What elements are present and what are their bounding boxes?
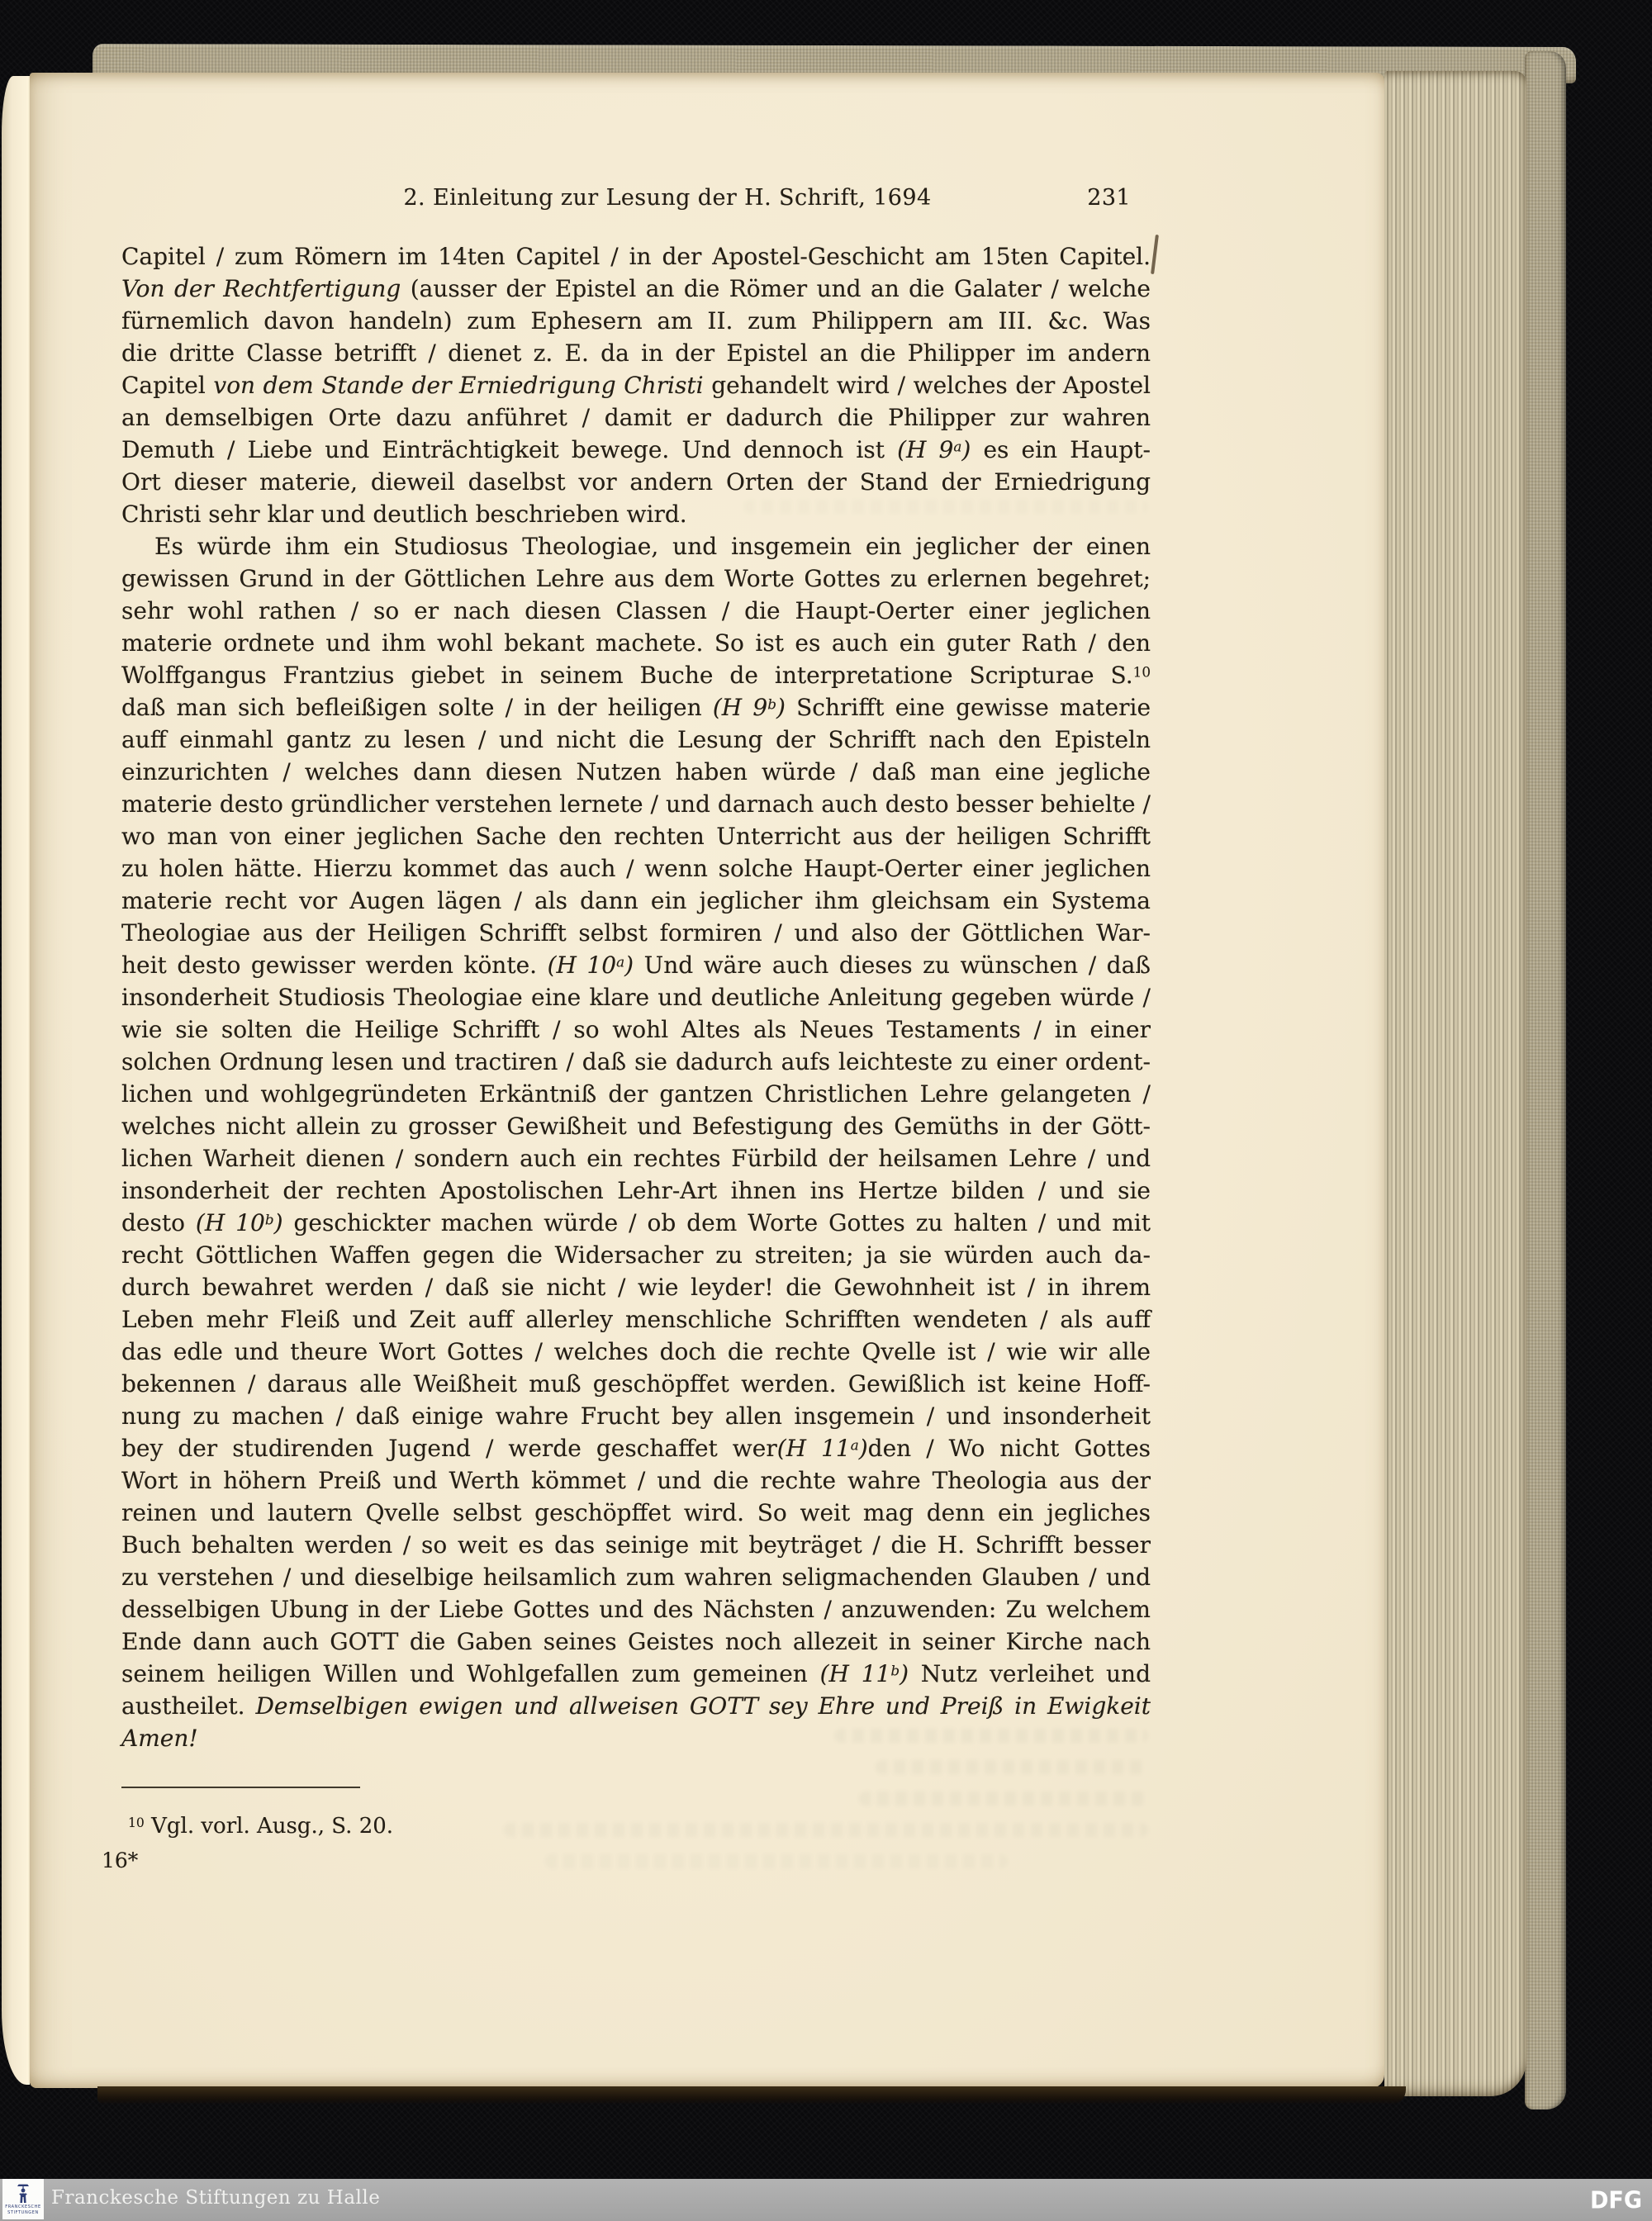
text-line: Demuth / Liebe und Einträchtigkeit beweg… bbox=[121, 434, 1151, 466]
facing-page-sliver bbox=[2, 76, 30, 2085]
footnote-text: Vgl. vorl. Ausg., S. 20. bbox=[145, 1814, 393, 1839]
text-line: insonderheit der rechten Apostolischen L… bbox=[121, 1175, 1151, 1207]
digitization-footer-bar: FRANCKESCHE STIFTUNGEN Franckesche Stift… bbox=[0, 2179, 1652, 2221]
text-line: bey der studirenden Jugend / werde gesch… bbox=[121, 1432, 1151, 1464]
text-line: sehr wohl rathen / so er nach diesen Cla… bbox=[121, 595, 1151, 627]
text-line: desto (H 10b) geschickter machen würde /… bbox=[121, 1207, 1151, 1239]
text-line: gewissen Grund in der Göttlichen Lehre a… bbox=[121, 562, 1151, 595]
text-line: desselbigen Ubung in der Liebe Gottes un… bbox=[121, 1593, 1151, 1625]
scanned-book-photo: 2. Einleitung zur Lesung der H. Schrift,… bbox=[0, 0, 1652, 2221]
text-line: durch bewahret werden / daß sie nicht / … bbox=[121, 1271, 1151, 1303]
text-line: reinen und lautern Qvelle selbst geschöp… bbox=[121, 1497, 1151, 1529]
text-line: Theologiae aus der Heiligen Schrifft sel… bbox=[121, 917, 1151, 949]
running-head: 2. Einleitung zur Lesung der H. Schrift,… bbox=[121, 185, 1151, 218]
footnote: 10 Vgl. vorl. Ausg., S. 20. bbox=[128, 1814, 393, 1839]
text-line: wie sie solten die Heilige Schrifft / so… bbox=[121, 1013, 1151, 1046]
text-line: austheilet. Demselbigen ewigen und allwe… bbox=[121, 1690, 1151, 1722]
text-line: Capitel von dem Stande der Erniedrigung … bbox=[121, 369, 1151, 401]
text-line: bekennen / daraus alle Weißheit muß gesc… bbox=[121, 1368, 1151, 1400]
francke-statue-icon bbox=[15, 2184, 31, 2204]
text-line: auff einmahl gantz zu lesen / und nicht … bbox=[121, 724, 1151, 756]
text-line: Ort dieser materie, dieweil daselbst vor… bbox=[121, 466, 1151, 498]
signature-mark: 16* bbox=[102, 1848, 138, 1872]
text-line: Capitel / zum Römern im 14ten Capitel / … bbox=[121, 240, 1151, 273]
page-number: 231 bbox=[1087, 185, 1131, 211]
text-line: daß man sich befleißigen solte / in der … bbox=[121, 691, 1151, 724]
text-line: heit desto gewisser werden könte. (H 10a… bbox=[121, 949, 1151, 981]
text-line: einzurichten / welches dann diesen Nutze… bbox=[121, 756, 1151, 788]
text-line: recht Göttlichen Waffen gegen die Widers… bbox=[121, 1239, 1151, 1271]
bleed-through-text bbox=[859, 1792, 1148, 1806]
library-logo: FRANCKESCHE STIFTUNGEN bbox=[2, 2179, 44, 2219]
text-line: solchen Ordnung lesen und tractiren / da… bbox=[121, 1046, 1151, 1078]
text-line: Amen! bbox=[121, 1722, 1151, 1754]
text-line: Ende dann auch GOTT die Gaben seines Gei… bbox=[121, 1625, 1151, 1658]
library-name-label: Franckesche Stiftungen zu Halle bbox=[51, 2187, 380, 2209]
footnote-marker: 10 bbox=[128, 1815, 145, 1830]
text-line: Von der Rechtfertigung (ausser der Epist… bbox=[121, 273, 1151, 305]
text-line: insonderheit Studiosis Theologiae eine k… bbox=[121, 981, 1151, 1013]
text-line: Christi sehr klar und deutlich beschrieb… bbox=[121, 498, 1151, 530]
text-line: Wort in höhern Preiß und Werth kömmet / … bbox=[121, 1464, 1151, 1497]
text-line: welches nicht allein zu grosser Gewißhei… bbox=[121, 1110, 1151, 1142]
text-line: zu verstehen / und dieselbige heilsamlic… bbox=[121, 1561, 1151, 1593]
text-line: materie recht vor Augen lägen / als dann… bbox=[121, 885, 1151, 917]
chapter-title: 2. Einleitung zur Lesung der H. Schrift,… bbox=[153, 185, 1182, 211]
text-line: lichen Warheit dienen / sondern auch ein… bbox=[121, 1142, 1151, 1175]
text-line: materie desto gründlicher verstehen lern… bbox=[121, 788, 1151, 820]
book-cover-right-edge bbox=[1525, 51, 1566, 2109]
text-line: seinem heiligen Willen und Wohlgefallen … bbox=[121, 1658, 1151, 1690]
bleed-through-text bbox=[545, 1854, 1008, 1868]
text-line: wo man von einer jeglichen Sache den rec… bbox=[121, 820, 1151, 852]
bleed-through-text bbox=[876, 1760, 1148, 1774]
page-body: Capitel / zum Römern im 14ten Capitel / … bbox=[121, 240, 1151, 1754]
text-line: Leben mehr Fleiß und Zeit auff allerley … bbox=[121, 1303, 1151, 1336]
text-line: materie ordnete und ihm wohl bekant mach… bbox=[121, 627, 1151, 659]
footnote-rule bbox=[121, 1787, 360, 1788]
bleed-through-text bbox=[504, 1823, 1148, 1837]
text-line: Es würde ihm ein Studiosus Theologiae, u… bbox=[121, 530, 1151, 562]
library-logo-caption-line2: STIFTUNGEN bbox=[7, 2210, 39, 2215]
dfg-logo: DFG bbox=[1590, 2187, 1642, 2214]
text-line: nung zu machen / daß einige wahre Frucht… bbox=[121, 1400, 1151, 1432]
text-line: lichen und wohlgegründeten Erkäntniß der… bbox=[121, 1078, 1151, 1110]
text-line: fürnemlich davon handeln) zum Ephesern a… bbox=[121, 305, 1151, 337]
text-line: Buch behalten werden / so weit es das se… bbox=[121, 1529, 1151, 1561]
text-line: Wolffgangus Frantzius giebet in seinem B… bbox=[121, 659, 1151, 691]
page-bottom-shadow bbox=[97, 2086, 1406, 2105]
text-line: zu holen hätte. Hierzu kommet das auch /… bbox=[121, 852, 1151, 885]
text-line: die dritte Classe betrifft / dienet z. E… bbox=[121, 337, 1151, 369]
page-fore-edge bbox=[1384, 71, 1526, 2096]
text-line: an demselbigen Orte dazu anführet / dami… bbox=[121, 401, 1151, 434]
library-logo-caption-line1: FRANCKESCHE bbox=[5, 2204, 40, 2209]
text-line: das edle und theure Wort Gottes / welche… bbox=[121, 1336, 1151, 1368]
